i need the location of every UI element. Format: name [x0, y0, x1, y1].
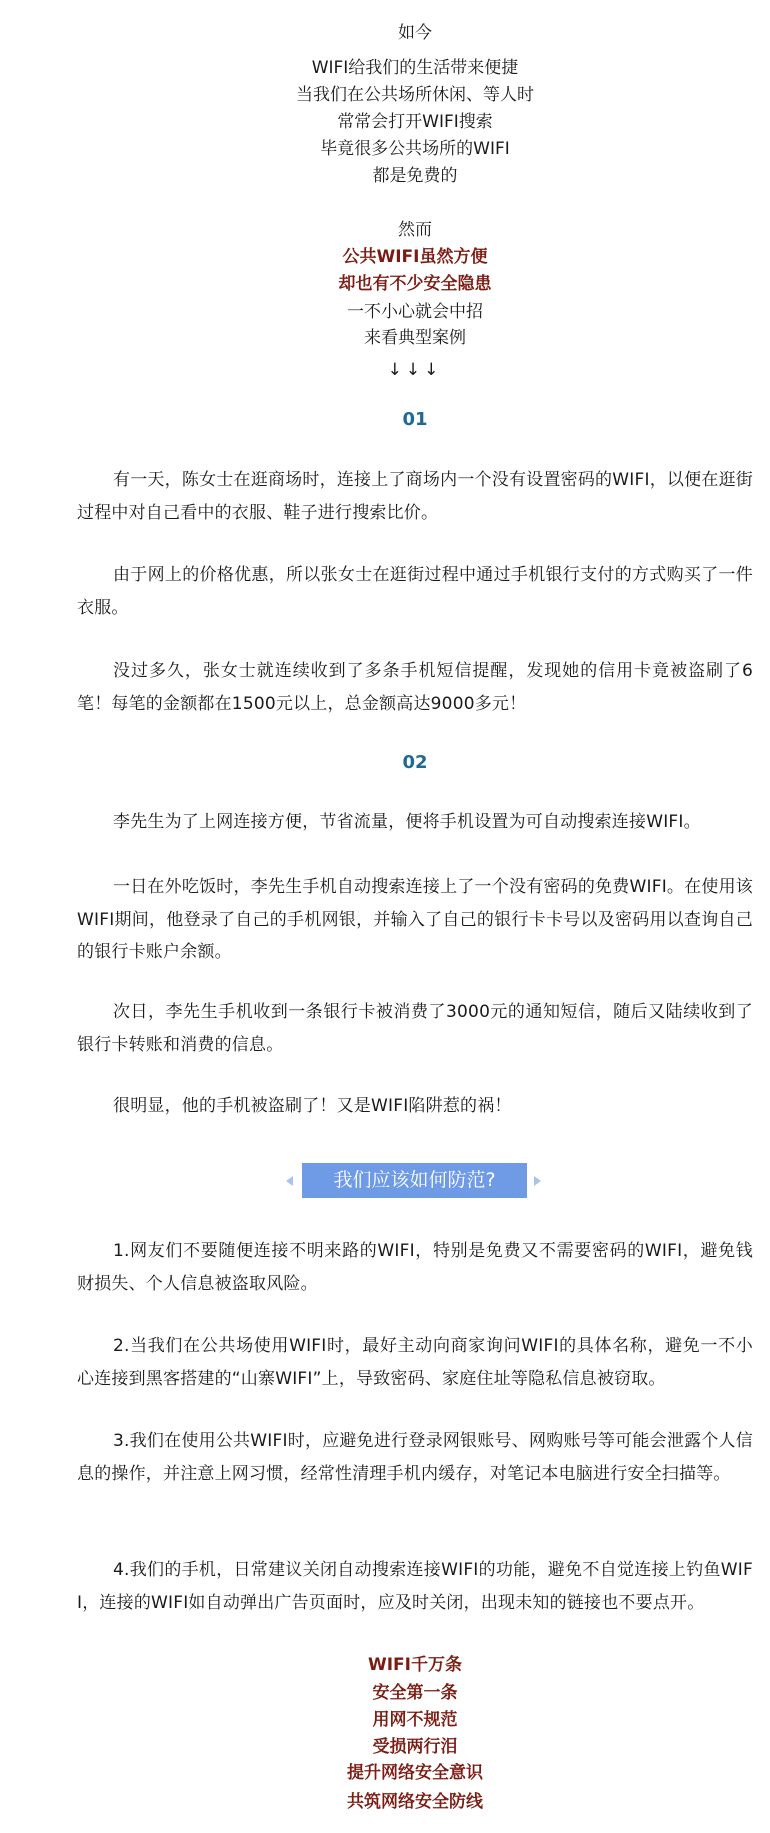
intro-turn: 然而	[0, 218, 770, 242]
intro-line: 毕竟很多公共场所的WIFI	[0, 137, 770, 161]
slogan-line: 共筑网络安全防线	[0, 1790, 770, 1814]
triangle-right-icon	[534, 1176, 541, 1186]
intro-line: WIFI给我们的生活带来便捷	[0, 56, 770, 80]
case-number: 01	[0, 408, 770, 432]
intro-line: 如今	[0, 21, 770, 45]
slogan-line: 受损两行泪	[0, 1735, 770, 1759]
slogan-line: 安全第一条	[0, 1681, 770, 1705]
case-paragraph: 没过多久，张女士就连续收到了多条手机短信提醒，发现她的信用卡竟被盗刷了6笔！每笔…	[77, 655, 753, 720]
case-paragraph: 有一天，陈女士在逛商场时，连接上了商场内一个没有设置密码的WIFI，以便在逛街过…	[77, 464, 753, 529]
warning-line: 却也有不少安全隐患	[0, 272, 770, 296]
tip-paragraph: 4.我们的手机，日常建议关闭自动搜索连接WIFI的功能，避免不自觉连接上钓鱼WI…	[77, 1554, 753, 1619]
slogan-line: 提升网络安全意识	[0, 1761, 770, 1785]
case-number: 02	[0, 751, 770, 775]
tip-paragraph: 1.网友们不要随便连接不明来路的WIFI，特别是免费又不需要密码的WIFI，避免…	[77, 1235, 753, 1300]
section-banner: 我们应该如何防范?	[284, 1163, 546, 1198]
lead-line: 来看典型案例	[0, 326, 770, 350]
slogan-line: WIFI千万条	[0, 1653, 770, 1677]
triangle-left-icon	[286, 1176, 293, 1186]
intro-line: 当我们在公共场所休闲、等人时	[0, 83, 770, 107]
warning-line: 公共WIFI虽然方便	[0, 245, 770, 269]
slogan-line: 用网不规范	[0, 1708, 770, 1732]
case-paragraph: 李先生为了上网连接方便，节省流量，便将手机设置为可自动搜索连接WIFI。	[77, 806, 753, 839]
tip-paragraph: 3.我们在使用公共WIFI时，应避免进行登录网银账号、网购账号等可能会泄露个人信…	[77, 1425, 753, 1490]
tip-paragraph: 2.当我们在公共场使用WIFI时，最好主动向商家询问WIFI的具体名称，避免一不…	[77, 1330, 753, 1395]
case-paragraph: 一日在外吃饭时，李先生手机自动搜索连接上了一个没有密码的免费WIFI。在使用该W…	[77, 871, 753, 969]
down-arrows-icon: ↓↓↓	[0, 358, 770, 382]
intro-line: 常常会打开WIFI搜索	[0, 110, 770, 134]
lead-line: 一不小心就会中招	[0, 300, 770, 324]
case-paragraph: 次日，李先生手机收到一条银行卡被消费了3000元的通知短信，随后又陆续收到了银行…	[77, 996, 753, 1061]
case-paragraph: 由于网上的价格优惠，所以张女士在逛街过程中通过手机银行支付的方式购买了一件衣服。	[77, 559, 753, 624]
case-paragraph: 很明显，他的手机被盗刷了！又是WIFI陷阱惹的祸！	[77, 1090, 753, 1123]
banner-title: 我们应该如何防范?	[302, 1163, 527, 1198]
intro-line: 都是免费的	[0, 164, 770, 188]
